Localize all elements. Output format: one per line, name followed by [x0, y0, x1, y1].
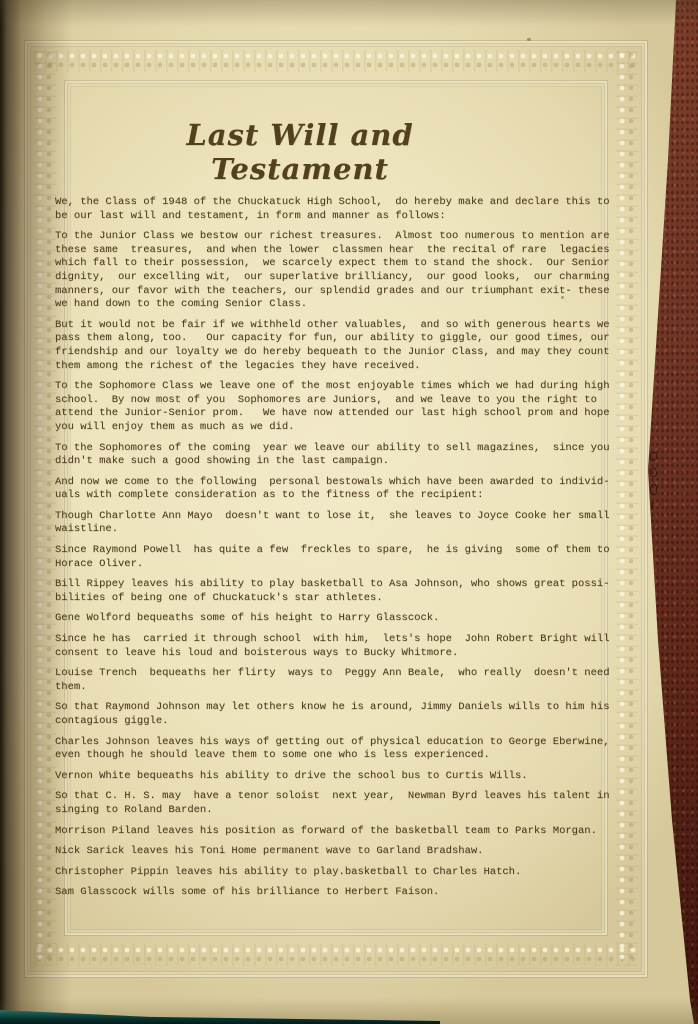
paragraph-jimmy-daniels: So that Raymond Johnson may let others k… [55, 701, 635, 728]
paragraph-gene-wolford: Gene Wolford bequeaths some of his heigh… [55, 612, 635, 626]
paragraph-john-robert-bright: Since he has carried it through school w… [55, 633, 635, 660]
paragraph-charlotte-ann-mayo: Though Charlotte Ann Mayo doesn't want t… [55, 510, 635, 537]
document-body: We, the Class of 1948 of the Chuckatuck … [55, 196, 635, 907]
decorative-border-ornament-bottom [34, 944, 638, 966]
paragraph-sophomore-class: To the Sophomore Class we leave one of t… [55, 380, 635, 434]
paragraph-louise-trench: Louise Trench bequeaths her flirty ways … [55, 667, 635, 694]
paragraph-newman-byrd: So that C. H. S. may have a tenor solois… [55, 790, 635, 817]
decorative-border-ornament-left [34, 50, 56, 966]
scanned-yearbook-page-photo: Last Will and Testament We, the Class of… [0, 0, 698, 1024]
dust-speck [527, 38, 531, 41]
paragraph-personal-bestowals: And now we come to the following persona… [55, 476, 635, 503]
yearbook-page: Last Will and Testament We, the Class of… [0, 0, 698, 1024]
paragraph-charles-johnson: Charles Johnson leaves his ways of getti… [55, 736, 635, 763]
paragraph-nick-sarick: Nick Sarick leaves his Toni Home permane… [55, 845, 635, 859]
decorative-border-ornament-top [34, 50, 638, 72]
dust-speck [561, 296, 564, 299]
paragraph-raymond-powell: Since Raymond Powell has quite a few fre… [55, 544, 635, 571]
paragraph-vernon-white: Vernon White bequeaths his ability to dr… [55, 770, 635, 784]
paragraph-other-valuables: But it would not be fair if we withheld … [55, 319, 635, 373]
paragraph-morrison-piland: Morrison Piland leaves his position as f… [55, 825, 635, 839]
handwritten-edge-marks [648, 452, 658, 510]
paragraph-coming-sophomores: To the Sophomores of the coming year we … [55, 442, 635, 469]
paragraph-preamble: We, the Class of 1948 of the Chuckatuck … [55, 196, 635, 223]
paragraph-bill-rippey: Bill Rippey leaves his ability to play b… [55, 578, 635, 605]
page-title: Last Will and Testament [140, 118, 460, 186]
paragraph-sam-glasscock: Sam Glasscock wills some of his brillian… [55, 886, 635, 900]
paragraph-christopher-pippin: Christopher Pippin leaves his ability to… [55, 866, 635, 880]
paragraph-junior-class: To the Junior Class we bestow our riches… [55, 230, 635, 312]
